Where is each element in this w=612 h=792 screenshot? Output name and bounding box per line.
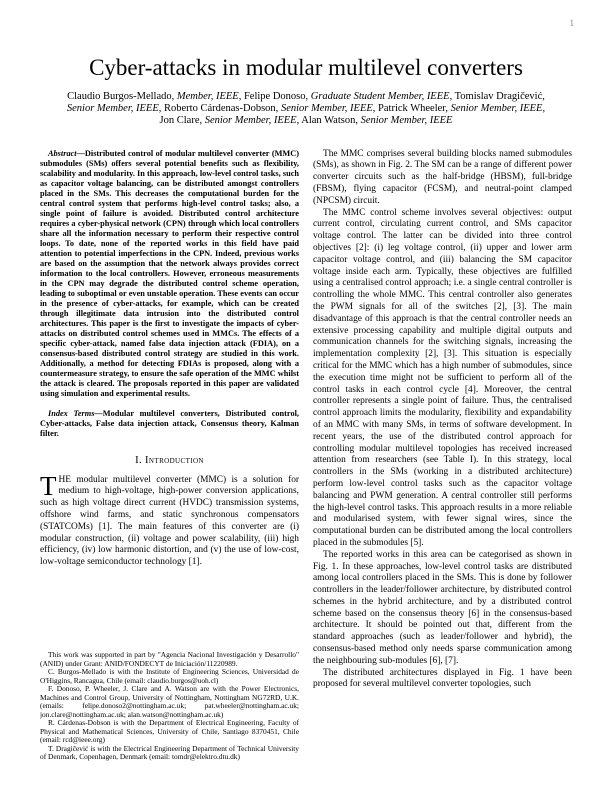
author-role: Senior Member, IEEE xyxy=(205,115,297,126)
author-role: Senior Member, IEEE xyxy=(67,103,159,114)
author-name: Jon Clare, xyxy=(160,115,205,126)
page-number: 1 xyxy=(570,18,575,28)
intro-paragraph: THE modular multilevel converter (MMC) i… xyxy=(40,475,299,569)
footnote-affiliation-3: R. Cárdenas-Dobson is with the Departmen… xyxy=(40,719,299,745)
paper-page: 1 Cyber-attacks in modular multilevel co… xyxy=(0,0,612,792)
author-role: Senior Member, IEEE xyxy=(281,103,373,114)
author-name: Patrick Wheeler, xyxy=(378,103,451,114)
author-role: Graduate Student Member, IEEE xyxy=(311,91,450,102)
intro-paragraph-text: HE modular multilevel converter (MMC) is… xyxy=(40,475,299,568)
author-role: Senior Member, IEEE xyxy=(361,115,453,126)
footnote-block: This work was supported in part by "Agen… xyxy=(40,651,299,762)
paragraph: The reported works in this area can be c… xyxy=(313,550,572,668)
author-name: Roberto Cárdenas-Dobson, xyxy=(164,103,281,114)
footnote-affiliation-2: F. Donoso, P. Wheeler, J. Clare and A. W… xyxy=(40,685,299,719)
index-terms-lead: Index Terms— xyxy=(48,409,103,418)
author-name: Tomislav Dragičević, xyxy=(455,91,545,102)
left-column: Abstract—Distributed control of modular … xyxy=(40,149,299,762)
paragraph: The MMC control scheme involves several … xyxy=(313,208,572,550)
paragraph: The distributed architectures displayed … xyxy=(313,668,572,692)
paragraph: The MMC comprises several building block… xyxy=(313,149,572,208)
section-heading-introduction: I. Introduction xyxy=(40,455,299,466)
author-role: Member, IEEE xyxy=(177,91,239,102)
footnote-affiliation-4: T. Dragičević is with the Electrical Eng… xyxy=(40,745,299,762)
paper-title: Cyber-attacks in modular multilevel conv… xyxy=(40,54,572,82)
authors: Claudio Burgos-Mellado, Member, IEEE, Fe… xyxy=(60,91,552,128)
author-role: Senior Member, IEEE xyxy=(451,103,543,114)
right-column: The MMC comprises several building block… xyxy=(313,149,572,762)
index-terms: Index Terms—Modular multilevel converter… xyxy=(40,409,299,439)
footnote-funding: This work was supported in part by "Agen… xyxy=(40,651,299,668)
dropcap-letter: T xyxy=(40,475,59,497)
author-name: Alan Watson, xyxy=(301,115,360,126)
abstract-lead: Abstract— xyxy=(48,149,85,158)
abstract-body: Distributed control of modular multileve… xyxy=(40,149,299,398)
author-name: Claudio Burgos-Mellado, xyxy=(67,91,177,102)
two-column-body: Abstract—Distributed control of modular … xyxy=(40,149,572,762)
abstract: Abstract—Distributed control of modular … xyxy=(40,149,299,399)
author-name: Felipe Donoso, xyxy=(244,91,311,102)
footnote-affiliation-1: C. Burgos-Mellado is with the Institute … xyxy=(40,668,299,685)
